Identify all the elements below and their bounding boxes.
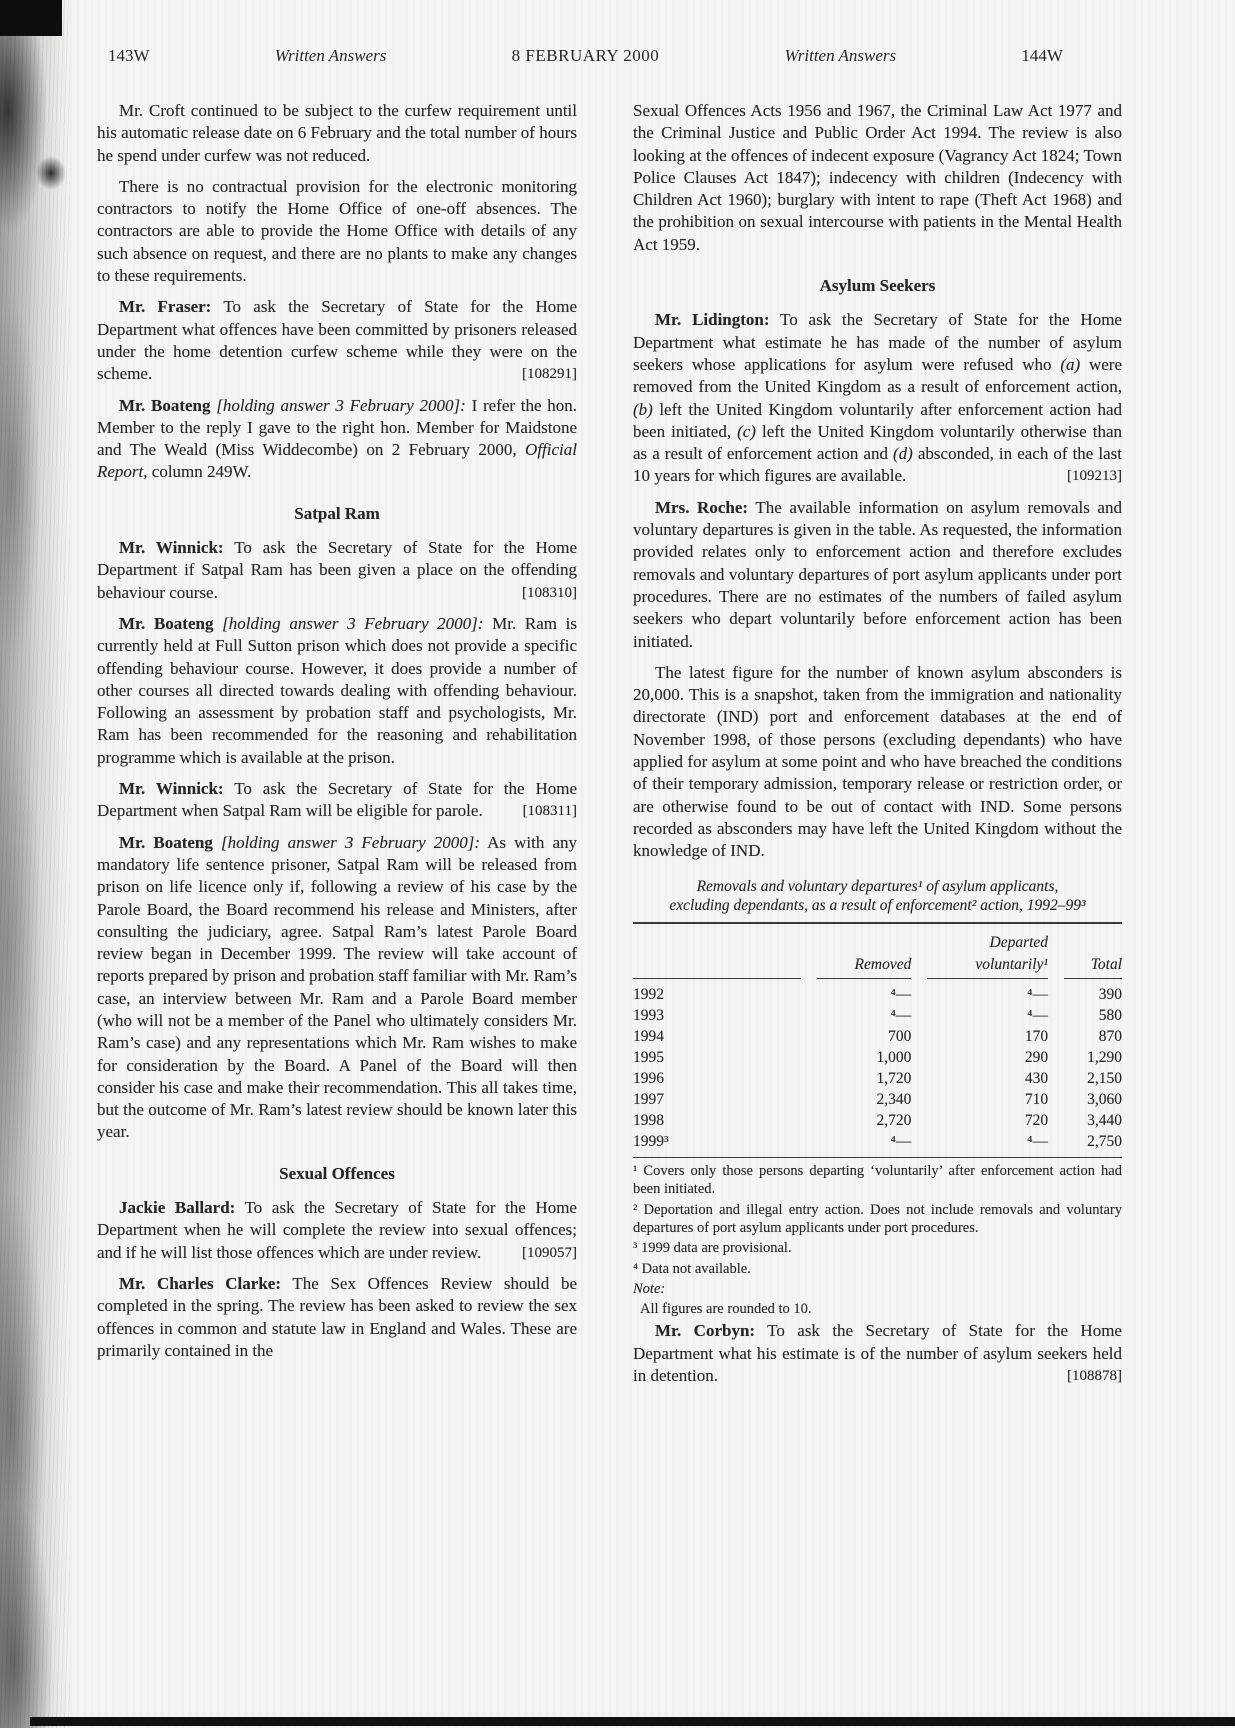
footnote-note-label: Note: (633, 1280, 1122, 1298)
column-gap (801, 979, 817, 1005)
scan-bottom-black-bar (30, 1717, 1235, 1726)
speaker-lidington: Mr. Lidington: (655, 310, 770, 329)
answer-boateng-parole-text: As with any mandatory life sentence pris… (97, 833, 577, 1142)
table-caption-line2: excluding dependants, as a result of enf… (633, 896, 1122, 915)
column-gap (1048, 979, 1064, 1005)
cell-total: 2,150 (1064, 1068, 1122, 1089)
question-lidington: Mr. Lidington: To ask the Secretary of S… (633, 309, 1122, 487)
cell-removed: 1,720 (817, 1068, 911, 1089)
footnote-4: ⁴ Data not available. (633, 1260, 1122, 1278)
paragraph-contractual-provision: There is no contractual provision for th… (97, 176, 577, 287)
table-row: 19972,3407103,060 (633, 1089, 1122, 1110)
speaker-winnick: Mr. Winnick: (119, 538, 224, 557)
answer-boateng-parole: Mr. Boateng [holding answer 3 February 2… (97, 832, 577, 1144)
answer-boateng-reply: Mr. Boateng [holding answer 3 February 2… (97, 395, 577, 484)
table-header-removed: Removed (817, 924, 911, 980)
table-row: 1993⁴—⁴—580 (633, 1005, 1122, 1026)
column-gap (1048, 1026, 1064, 1047)
table-header-row: Removed Departedvoluntarily¹ Total (633, 924, 1122, 980)
question-ref-109057: [109057] (500, 1242, 577, 1264)
cell-year: 1997 (633, 1089, 801, 1110)
page-number-left: 143W (108, 46, 150, 66)
holding-answer-note: [holding answer 3 February 2000]: (216, 396, 466, 415)
cell-year: 1994 (633, 1026, 801, 1047)
speaker-corbyn: Mr. Corbyn: (655, 1321, 755, 1340)
cell-year: 1995 (633, 1047, 801, 1068)
column-gap (1048, 924, 1064, 980)
scan-smudge-mark (36, 156, 66, 190)
cell-year: 1993 (633, 1005, 801, 1026)
column-gap (1048, 1089, 1064, 1110)
cell-total: 2,750 (1064, 1131, 1122, 1157)
scan-edge-artifact (0, 0, 92, 1728)
answer-roche-text: The available information on asylum remo… (633, 498, 1122, 651)
column-144w: Sexual Offences Acts 1956 and 1967, the … (633, 100, 1122, 1396)
cell-removed: ⁴— (817, 1005, 911, 1026)
table-row: 1999³⁴—⁴—2,750 (633, 1131, 1122, 1157)
answer-boateng-course: Mr. Boateng [holding answer 3 February 2… (97, 613, 577, 769)
cell-total: 1,290 (1064, 1047, 1122, 1068)
cell-removed: 1,000 (817, 1047, 911, 1068)
scan-corner-black-mark (0, 0, 62, 36)
table-footnotes: ¹ Covers only those persons departing ‘v… (633, 1162, 1122, 1318)
table-header-departed: Departedvoluntarily¹ (927, 924, 1048, 980)
column-gap (801, 1110, 817, 1131)
speaker-clarke: Mr. Charles Clarke: (119, 1274, 281, 1293)
column-gap (801, 1005, 817, 1026)
column-gap (911, 1131, 927, 1157)
cell-year: 1999³ (633, 1131, 801, 1157)
question-winnick-parole: Mr. Winnick: To ask the Secretary of Sta… (97, 778, 577, 823)
column-gap (911, 1026, 927, 1047)
question-ref-109213: [109213] (1045, 465, 1122, 487)
holding-answer-note: [holding answer 3 February 2000]: (221, 833, 480, 852)
cell-total: 870 (1064, 1026, 1122, 1047)
column-gap (801, 1089, 817, 1110)
column-gap (911, 1110, 927, 1131)
table-header-departed-line2: voluntarily¹ (927, 954, 1048, 976)
table-row: 1994700170870 (633, 1026, 1122, 1047)
item-a-italic: (a) (1060, 355, 1080, 374)
footnote-3: ³ 1999 data are provisional. (633, 1239, 1122, 1257)
table-row: 19951,0002901,290 (633, 1047, 1122, 1068)
table-header-total: Total (1064, 924, 1122, 980)
column-gap (911, 1047, 927, 1068)
column-gap (1048, 1131, 1064, 1157)
question-ref-108310: [108310] (500, 582, 577, 604)
section-heading-sexual-offences: Sexual Offences (97, 1163, 577, 1185)
question-fraser: Mr. Fraser: To ask the Secretary of Stat… (97, 296, 577, 385)
speaker-boateng: Mr. Boateng (119, 396, 211, 415)
column-gap (911, 924, 927, 980)
column-gap (801, 1068, 817, 1089)
cell-total: 390 (1064, 979, 1122, 1005)
cell-total: 580 (1064, 1005, 1122, 1026)
cell-removed: 2,340 (817, 1089, 911, 1110)
question-winnick-course: Mr. Winnick: To ask the Secretary of Sta… (97, 537, 577, 604)
cell-departed: 720 (927, 1110, 1048, 1131)
cell-departed: ⁴— (927, 979, 1048, 1005)
column-gap (1048, 1110, 1064, 1131)
cell-removed: 2,720 (817, 1110, 911, 1131)
cell-removed: ⁴— (817, 1131, 911, 1157)
column-gap (801, 1047, 817, 1068)
speaker-boateng: Mr. Boateng (119, 833, 213, 852)
item-c-italic: (c) (737, 422, 756, 441)
cell-total: 3,440 (1064, 1110, 1122, 1131)
page-number-right: 144W (1021, 46, 1063, 66)
answer-clarke: Mr. Charles Clarke: The Sex Offences Rev… (97, 1273, 577, 1362)
cell-departed: 290 (927, 1047, 1048, 1068)
answer-boateng-course-text: Mr. Ram is currently held at Full Sutton… (97, 614, 577, 767)
cell-year: 1998 (633, 1110, 801, 1131)
question-corbyn: Mr. Corbyn: To ask the Secretary of Stat… (633, 1320, 1122, 1387)
question-ref-108311: [108311] (501, 800, 577, 822)
speaker-roche: Mrs. Roche: (655, 498, 748, 517)
table-header-departed-line1: Departed (927, 932, 1048, 954)
column-gap (801, 1131, 817, 1157)
paragraph-sexual-offences-acts: Sexual Offences Acts 1956 and 1967, the … (633, 100, 1122, 256)
column-gap (1048, 1005, 1064, 1026)
column-gap (801, 924, 817, 980)
footnote-2: ² Deportation and illegal entry action. … (633, 1201, 1122, 1238)
table-header-stub (633, 924, 801, 980)
column-gap (1048, 1068, 1064, 1089)
cell-total: 3,060 (1064, 1089, 1122, 1110)
table-row: 1992⁴—⁴—390 (633, 979, 1122, 1005)
table-caption-line1: Removals and voluntary departures¹ of as… (633, 877, 1122, 896)
question-ref-108878: [108878] (1045, 1365, 1122, 1387)
question-ballard: Jackie Ballard: To ask the Secretary of … (97, 1197, 577, 1264)
cell-removed: 700 (817, 1026, 911, 1047)
column-143w: Mr. Croft continued to be subject to the… (97, 100, 577, 1371)
running-title-left: Written Answers (275, 46, 387, 66)
column-gap (801, 1026, 817, 1047)
running-title-right: Written Answers (785, 46, 897, 66)
item-d-italic: (d) (893, 444, 913, 463)
footnote-note-text: All figures are rounded to 10. (633, 1300, 1122, 1318)
cell-departed: 710 (927, 1089, 1048, 1110)
note-label-italic: Note: (633, 1281, 665, 1297)
cell-year: 1996 (633, 1068, 801, 1089)
speaker-winnick: Mr. Winnick: (119, 779, 224, 798)
holding-answer-note: [holding answer 3 February 2000]: (222, 614, 483, 633)
answer-roche: Mrs. Roche: The available information on… (633, 497, 1122, 653)
cell-year: 1992 (633, 979, 801, 1005)
footnote-1: ¹ Covers only those persons departing ‘v… (633, 1162, 1122, 1199)
column-gap (911, 979, 927, 1005)
column-gap (1048, 1047, 1064, 1068)
paragraph-absconders: The latest figure for the number of know… (633, 662, 1122, 863)
item-b-italic: (b) (633, 400, 653, 419)
question-ref-108291: [108291] (500, 363, 577, 385)
speaker-boateng: Mr. Boateng (119, 614, 213, 633)
paragraph-croft-curfew: Mr. Croft continued to be subject to the… (97, 100, 577, 167)
cell-departed: ⁴— (927, 1131, 1048, 1157)
running-header: 143W Written Answers 8 FEBRUARY 2000 Wri… (108, 46, 1063, 66)
cell-departed: 430 (927, 1068, 1048, 1089)
section-heading-satpal-ram: Satpal Ram (97, 503, 577, 525)
cell-departed: ⁴— (927, 1005, 1048, 1026)
asylum-removals-table-block: Removals and voluntary departures¹ of as… (633, 877, 1122, 1319)
speaker-fraser: Mr. Fraser: (119, 297, 211, 316)
speaker-ballard: Jackie Ballard: (119, 1198, 235, 1217)
cell-departed: 170 (927, 1026, 1048, 1047)
asylum-removals-table: Removed Departedvoluntarily¹ Total 1992⁴… (633, 922, 1122, 1159)
table-row: 19961,7204302,150 (633, 1068, 1122, 1089)
column-gap (911, 1068, 927, 1089)
column-gap (911, 1005, 927, 1026)
answer-text-cont: column 249W. (148, 462, 252, 481)
section-heading-asylum-seekers: Asylum Seekers (633, 275, 1122, 297)
cell-removed: ⁴— (817, 979, 911, 1005)
column-gap (911, 1089, 927, 1110)
table-row: 19982,7207203,440 (633, 1110, 1122, 1131)
header-date: 8 FEBRUARY 2000 (512, 46, 660, 66)
